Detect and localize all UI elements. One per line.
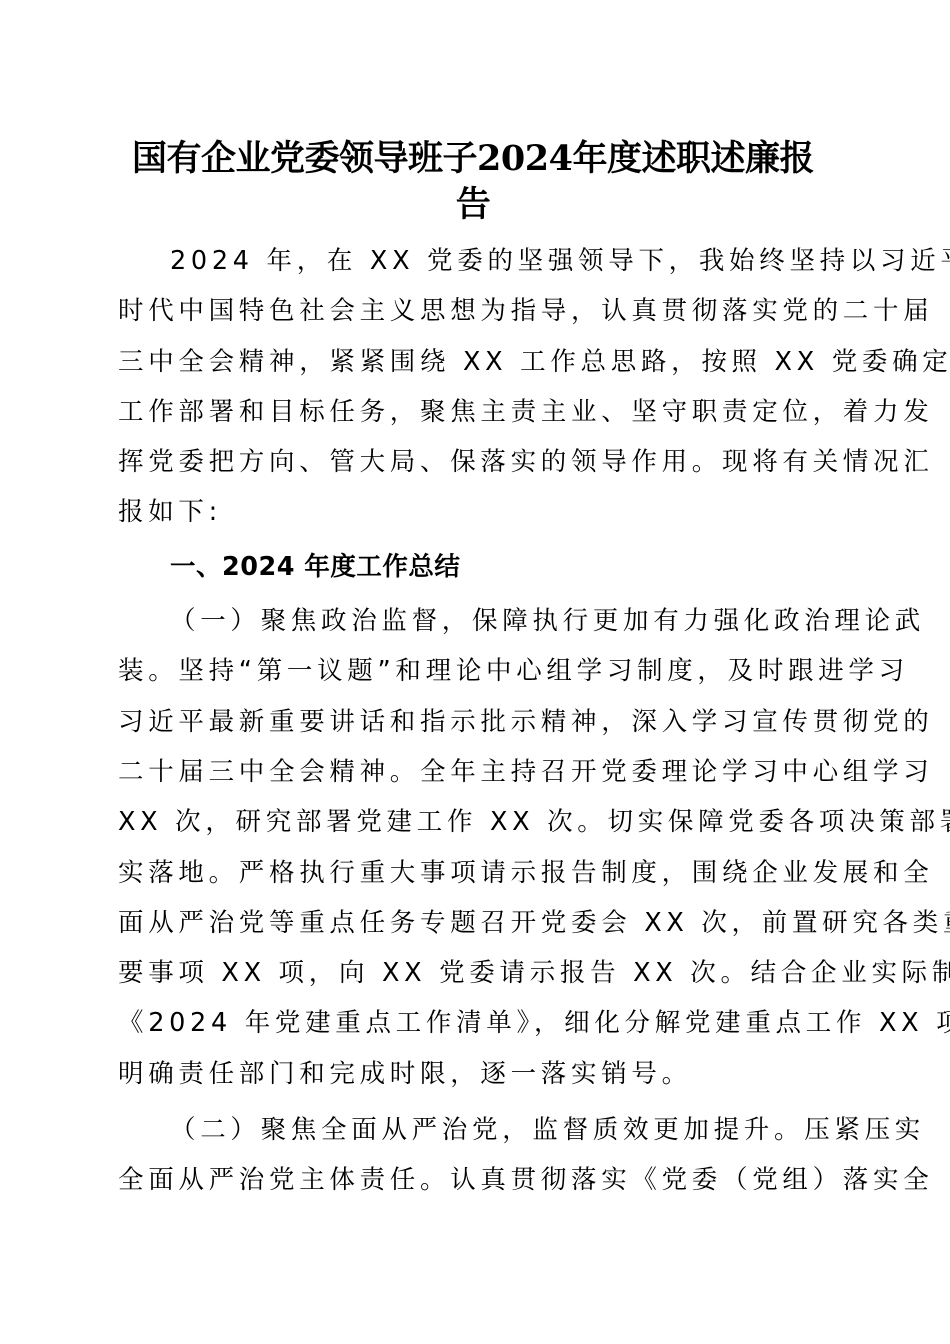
intro-paragraph: 2024 年，在 XX 党委的坚强领导下，我始终坚持以习近平新 时代中国特色社会… — [118, 236, 828, 538]
text-line: 时代中国特色社会主义思想为指导，认真贯彻落实党的二十届 — [118, 286, 828, 336]
text-line: 2024 年，在 XX 党委的坚强领导下，我始终坚持以习近平新 — [118, 236, 828, 286]
section-heading: 一、2024 年度工作总结 — [118, 542, 828, 592]
text-line: 二十届三中全会精神。全年主持召开党委理论学习中心组学习 — [118, 747, 828, 797]
text-line: 装。坚持“第一议题”和理论中心组学习制度，及时跟进学习 — [118, 646, 828, 696]
text-line: （二）聚焦全面从严治党，监督质效更加提升。压紧压实 — [118, 1105, 828, 1155]
text-line: 挥党委把方向、管大局、保落实的领导作用。现将有关情况汇 — [118, 437, 828, 487]
title-line: 国有企业党委领导班子2024年度述职述廉报 — [112, 136, 834, 182]
text-line: 明确责任部门和完成时限，逐一落实销号。 — [118, 1049, 828, 1099]
text-line: 实落地。严格执行重大事项请示报告制度，围绕企业发展和全 — [118, 848, 828, 898]
document-title: 国有企业党委领导班子2024年度述职述廉报 告 — [112, 136, 834, 228]
text-line: 要事项 XX 项，向 XX 党委请示报告 XX 次。结合企业实际制定 — [118, 948, 828, 998]
text-line: 工作部署和目标任务，聚焦主责主业、坚守职责定位，着力发 — [118, 387, 828, 437]
subsection-2-paragraph: （二）聚焦全面从严治党，监督质效更加提升。压紧压实 全面从严治党主体责任。认真贯… — [118, 1105, 828, 1206]
text-line: 三中全会精神，紧紧围绕 XX 工作总思路，按照 XX 党委确定的 — [118, 337, 828, 387]
text-line: 报如下: — [118, 487, 828, 537]
text-line: 习近平最新重要讲话和指示批示精神，深入学习宣传贯彻党的 — [118, 697, 828, 747]
text-line: 面从严治党等重点任务专题召开党委会 XX 次，前置研究各类重 — [118, 898, 828, 948]
text-line: （一）聚焦政治监督，保障执行更加有力强化政治理论武 — [118, 596, 828, 646]
text-line: XX 次，研究部署党建工作 XX 次。切实保障党委各项决策部署落 — [118, 797, 828, 847]
text-line: 《2024 年党建重点工作清单》，细化分解党建重点工作 XX 项， — [118, 998, 828, 1048]
document-page: 国有企业党委领导班子2024年度述职述廉报 告 2024 年，在 XX 党委的坚… — [118, 136, 828, 1206]
text-line: 全面从严治党主体责任。认真贯彻落实《党委（党组）落实全 — [118, 1155, 828, 1205]
title-line: 告 — [112, 182, 834, 228]
subsection-1-paragraph: （一）聚焦政治监督，保障执行更加有力强化政治理论武 装。坚持“第一议题”和理论中… — [118, 596, 828, 1099]
